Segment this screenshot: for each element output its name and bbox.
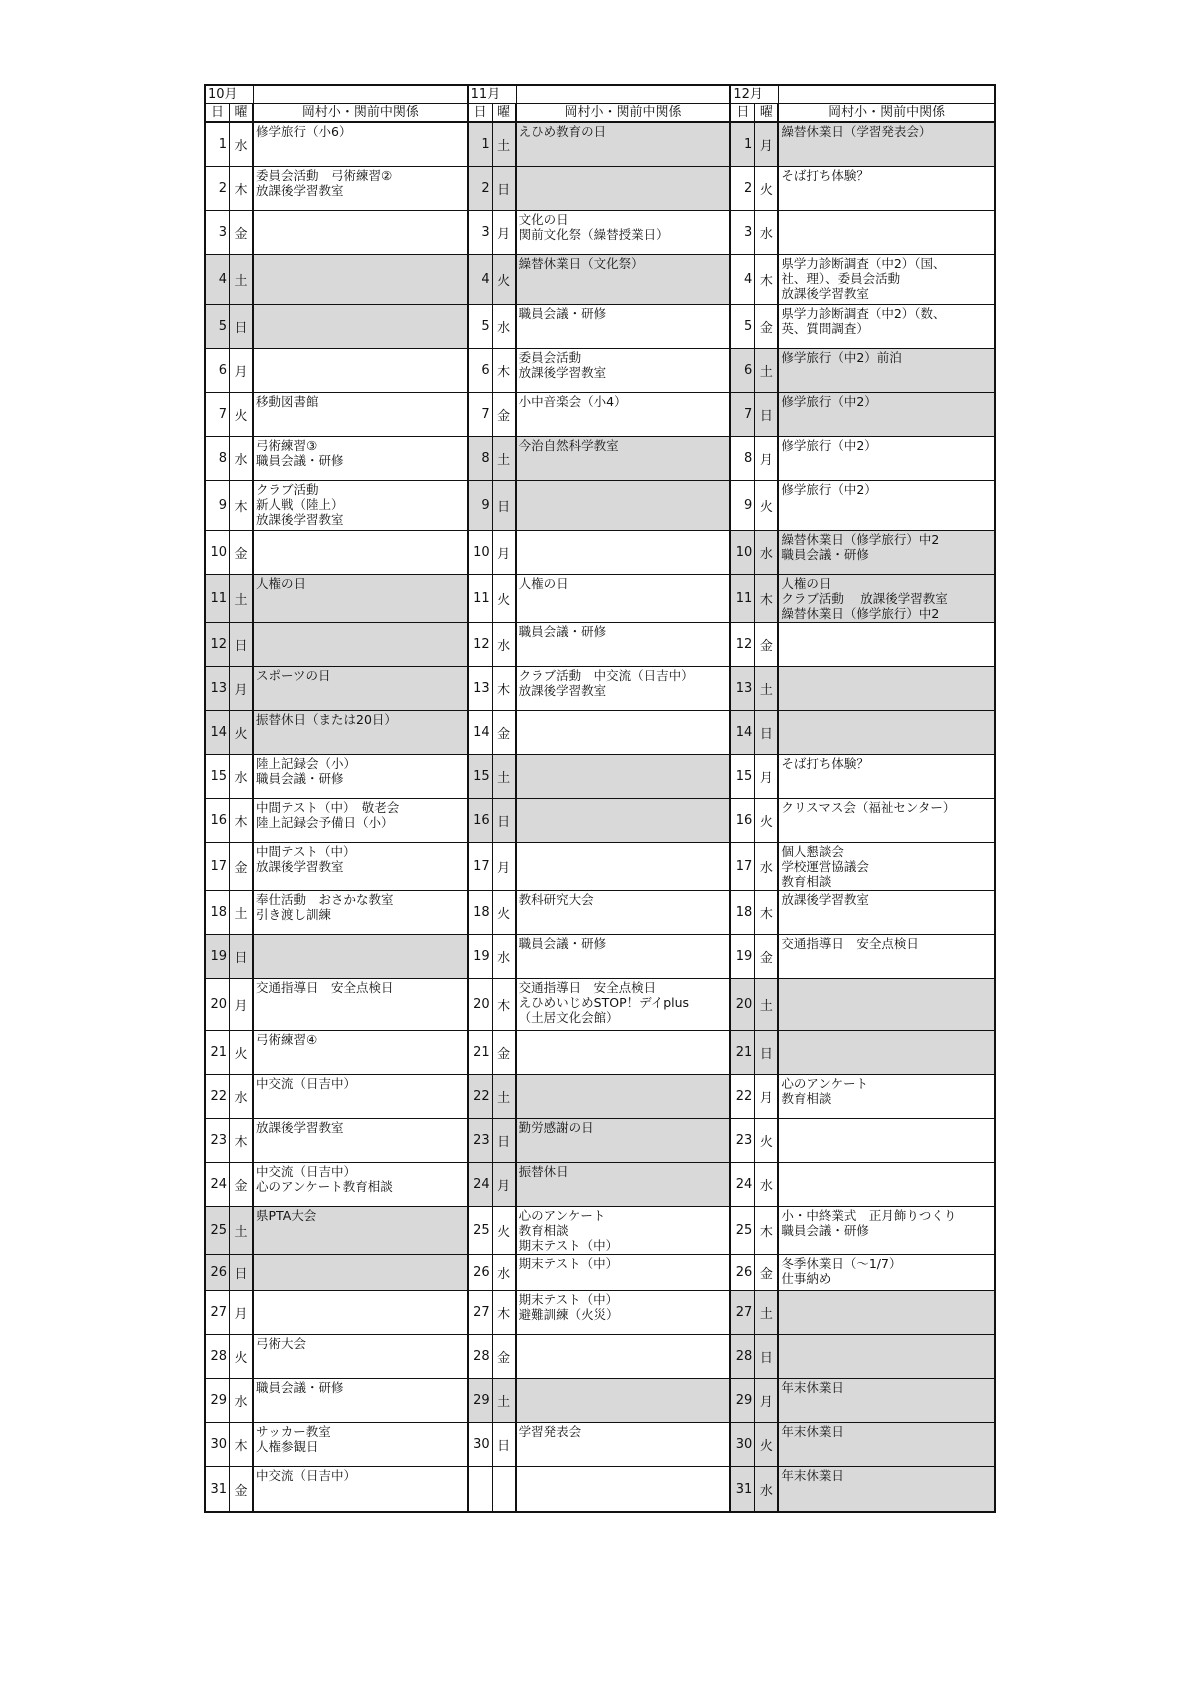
weekday: 土 [493,1379,517,1422]
day-number: 27 [731,1291,755,1334]
event-text: スポーツの日 [254,667,467,710]
event-text: 奉仕活動 おさかな教室 引き渡し訓練 [254,891,467,934]
weekday: 木 [493,667,517,710]
day-number: 2 [469,167,493,210]
event-text: 職員会議・研修 [517,935,730,978]
weekday: 土 [230,891,254,934]
calendar-row: 17金中間テスト（中） 放課後学習教室 [206,843,467,891]
calendar-row: 1土えひめ教育の日 [469,123,730,167]
day-number: 28 [469,1335,493,1378]
month-label: 10月 [206,86,254,103]
event-text: 人権の日 [254,575,467,622]
calendar-row: 21日 [731,1031,994,1075]
calendar-row: 27木期末テスト（中） 避難訓練（火災） [469,1291,730,1335]
weekday: 木 [493,979,517,1030]
day-number: 23 [731,1119,755,1162]
event-text [254,211,467,254]
calendar-row: 20木交通指導日 安全点検日 えひめいじめSTOP！デイplus （土居文化会館… [469,979,730,1031]
calendar-row: 2木委員会活動 弓術練習② 放課後学習教室 [206,167,467,211]
event-text: 振替休日（または20日） [254,711,467,754]
day-number: 11 [206,575,230,622]
weekday: 月 [755,755,779,798]
day-number: 20 [469,979,493,1030]
event-text [517,843,730,890]
weekday: 水 [230,1379,254,1422]
weekday: 木 [755,891,779,934]
day-number: 19 [731,935,755,978]
event-text [779,1291,994,1334]
event-text: 人権の日 クラブ活動 放課後学習教室 繰替休業日（修学旅行）中2 [779,575,994,622]
day-number: 13 [731,667,755,710]
calendar-row: 19金交通指導日 安全点検日 [731,935,994,979]
calendar-row: 18火教科研究大会 [469,891,730,935]
event-text [779,667,994,710]
day-number: 30 [731,1423,755,1466]
day-number: 16 [206,799,230,842]
weekday: 火 [230,1031,254,1074]
day-number: 15 [206,755,230,798]
day-rows: 1土えひめ教育の日2日3月文化の日 関前文化祭（繰替授業日）4火繰替休業日（文化… [469,123,730,1511]
weekday: 水 [755,1467,779,1511]
day-number: 19 [469,935,493,978]
day-number: 16 [469,799,493,842]
weekday: 土 [230,1207,254,1254]
calendar-row: 18木放課後学習教室 [731,891,994,935]
day-number: 18 [469,891,493,934]
column-headers: 日 曜 岡村小・関前中関係 [206,104,467,123]
header-day: 日 [206,104,230,121]
calendar-row: 9木クラブ活動 新人戦（陸上） 放課後学習教室 [206,481,467,531]
event-text: 小・中終業式 正月飾りつくり 職員会議・研修 [779,1207,994,1254]
weekday: 月 [230,349,254,392]
calendar-row: 28火弓術大会 [206,1335,467,1379]
day-number: 21 [469,1031,493,1074]
day-number: 9 [469,481,493,530]
weekday: 金 [230,531,254,574]
event-text: 修学旅行（中2） [779,481,994,530]
day-number: 22 [206,1075,230,1118]
weekday: 水 [755,1163,779,1206]
calendar-row: 14火振替休日（または20日） [206,711,467,755]
event-text: 修学旅行（小6） [254,123,467,166]
event-text [517,167,730,210]
weekday: 金 [755,305,779,348]
event-text [517,1075,730,1118]
day-number: 19 [206,935,230,978]
event-text: 弓術練習③ 職員会議・研修 [254,437,467,480]
event-text [779,1335,994,1378]
header-weekday: 曜 [493,104,517,121]
event-text [517,1335,730,1378]
day-number: 25 [731,1207,755,1254]
calendar-row: 10水繰替休業日（修学旅行）中2 職員会議・研修 [731,531,994,575]
weekday: 金 [230,1163,254,1206]
weekday: 火 [230,393,254,436]
event-text: クラブ活動 新人戦（陸上） 放課後学習教室 [254,481,467,530]
calendar-row: 8水弓術練習③ 職員会議・研修 [206,437,467,481]
weekday: 月 [755,123,779,166]
event-text [254,531,467,574]
event-text: 弓術大会 [254,1335,467,1378]
day-number: 14 [469,711,493,754]
weekday: 水 [493,1255,517,1290]
day-number: 26 [206,1255,230,1290]
event-text [779,979,994,1030]
calendar-row: 27月 [206,1291,467,1335]
event-text [779,1119,994,1162]
weekday: 月 [493,531,517,574]
day-number: 1 [206,123,230,166]
event-text: 心のアンケート 教育相談 期末テスト（中） [517,1207,730,1254]
calendar-row: 9日 [469,481,730,531]
weekday: 月 [493,211,517,254]
weekday: 金 [493,711,517,754]
calendar-row [469,1467,730,1511]
calendar-row: 12金 [731,623,994,667]
calendar-row: 6土修学旅行（中2）前泊 [731,349,994,393]
day-number: 5 [731,305,755,348]
calendar-row: 16木中間テスト（中） 敬老会 陸上記録会予備日（小） [206,799,467,843]
calendar-row: 22土 [469,1075,730,1119]
day-number: 10 [469,531,493,574]
event-text [779,1031,994,1074]
event-text: 年末休業日 [779,1379,994,1422]
event-text: 修学旅行（中2） [779,437,994,480]
calendar-row: 1月繰替休業日（学習発表会） [731,123,994,167]
calendar-row: 13土 [731,667,994,711]
day-number: 12 [469,623,493,666]
day-number: 17 [206,843,230,890]
event-text: 繰替休業日（修学旅行）中2 職員会議・研修 [779,531,994,574]
weekday: 火 [230,711,254,754]
calendar-row: 10月 [469,531,730,575]
calendar-row: 18土奉仕活動 おさかな教室 引き渡し訓練 [206,891,467,935]
day-number: 27 [206,1291,230,1334]
day-number: 29 [469,1379,493,1422]
weekday: 木 [230,799,254,842]
weekday: 月 [755,437,779,480]
event-text: 職員会議・研修 [254,1379,467,1422]
day-number: 21 [731,1031,755,1074]
event-text: 小中音楽会（小4） [517,393,730,436]
calendar-row: 8土今治自然科学教室 [469,437,730,481]
event-text: 交通指導日 安全点検日 [779,935,994,978]
day-rows: 1月繰替休業日（学習発表会）2火そば打ち体験？3水4木県学力診断調査（中2）（国… [731,123,994,1511]
calendar-row: 24月振替休日 [469,1163,730,1207]
calendar-row: 6木委員会活動 放課後学習教室 [469,349,730,393]
calendar-row: 22水中交流（日吉中） [206,1075,467,1119]
event-text: 年末休業日 [779,1423,994,1466]
weekday: 土 [230,575,254,622]
event-text: 交通指導日 安全点検日 [254,979,467,1030]
day-number: 23 [206,1119,230,1162]
event-text: クリスマス会（福祉センター） [779,799,994,842]
calendar-row: 14金 [469,711,730,755]
month-header: 10月 [206,86,467,104]
day-number: 6 [731,349,755,392]
event-text [517,1467,730,1511]
day-number: 7 [206,393,230,436]
month-label: 12月 [731,86,779,103]
calendar-row: 7日修学旅行（中2） [731,393,994,437]
day-number: 20 [731,979,755,1030]
weekday: 日 [755,1335,779,1378]
weekday: 火 [230,1335,254,1378]
header-events: 岡村小・関前中関係 [517,104,730,121]
calendar-row: 20土 [731,979,994,1031]
event-text [517,481,730,530]
calendar-row: 31金中交流（日吉中） [206,1467,467,1511]
calendar-row: 24金中交流（日吉中） 心のアンケート教育相談 [206,1163,467,1207]
day-number: 9 [206,481,230,530]
weekday: 火 [493,891,517,934]
day-number: 22 [731,1075,755,1118]
weekday: 木 [230,481,254,530]
event-text [517,799,730,842]
day-number: 26 [469,1255,493,1290]
weekday: 金 [493,1031,517,1074]
weekday: 日 [493,481,517,530]
calendar-row: 15水陸上記録会（小） 職員会議・研修 [206,755,467,799]
day-number: 8 [206,437,230,480]
weekday: 木 [230,1423,254,1466]
calendar-row: 28金 [469,1335,730,1379]
event-text: 中間テスト（中） 敬老会 陸上記録会予備日（小） [254,799,467,842]
day-number: 27 [469,1291,493,1334]
weekday: 日 [755,393,779,436]
day-number: 31 [206,1467,230,1511]
calendar-row: 6月 [206,349,467,393]
calendar-row: 20月交通指導日 安全点検日 [206,979,467,1031]
month-label: 11月 [469,86,517,103]
column-headers: 日 曜 岡村小・関前中関係 [469,104,730,123]
day-number: 7 [469,393,493,436]
weekday: 金 [493,1335,517,1378]
event-text: 県学力診断調査（中2）（国、 社、理）、委員会活動 放課後学習教室 [779,255,994,304]
weekday: 水 [755,843,779,890]
event-text: 放課後学習教室 [254,1119,467,1162]
day-rows: 1水修学旅行（小6）2木委員会活動 弓術練習② 放課後学習教室3金4土5日6月7… [206,123,467,1511]
calendar-row: 2火そば打ち体験？ [731,167,994,211]
calendar-row: 7火移動図書館 [206,393,467,437]
weekday: 日 [755,711,779,754]
weekday: 日 [493,1119,517,1162]
calendar-row: 7金小中音楽会（小4） [469,393,730,437]
day-number: 9 [731,481,755,530]
day-number: 11 [731,575,755,622]
event-text: 期末テスト（中） [517,1255,730,1290]
event-text: 弓術練習④ [254,1031,467,1074]
calendar-row: 29土 [469,1379,730,1423]
day-number: 18 [731,891,755,934]
calendar-row: 15土 [469,755,730,799]
header-weekday: 曜 [230,104,254,121]
weekday: 月 [755,1379,779,1422]
day-number: 1 [469,123,493,166]
day-number: 24 [731,1163,755,1206]
event-text [254,1291,467,1334]
day-number: 17 [469,843,493,890]
calendar-row: 19日 [206,935,467,979]
weekday: 日 [755,1031,779,1074]
calendar-row: 5金県学力診断調査（中2）（数、 英、質問調査） [731,305,994,349]
calendar-row: 4土 [206,255,467,305]
calendar-row: 13木クラブ活動 中交流（日吉中） 放課後学習教室 [469,667,730,711]
day-number: 3 [469,211,493,254]
day-number: 28 [206,1335,230,1378]
weekday: 水 [230,1075,254,1118]
event-text: 県PTA大会 [254,1207,467,1254]
event-text: 振替休日 [517,1163,730,1206]
day-number: 13 [469,667,493,710]
day-number: 22 [469,1075,493,1118]
calendar-row: 16日 [469,799,730,843]
day-number: 4 [731,255,755,304]
weekday: 金 [230,1467,254,1511]
event-text [779,1163,994,1206]
weekday: 土 [493,1075,517,1118]
day-number: 12 [731,623,755,666]
event-text: そば打ち体験？ [779,755,994,798]
event-text: 人権の日 [517,575,730,622]
event-text: そば打ち体験？ [779,167,994,210]
calendar-row: 1水修学旅行（小6） [206,123,467,167]
day-number: 5 [206,305,230,348]
event-text: 年末休業日 [779,1467,994,1511]
month-header: 12月 [731,86,994,104]
weekday: 日 [230,935,254,978]
weekday: 木 [493,349,517,392]
calendar-row: 3月文化の日 関前文化祭（繰替授業日） [469,211,730,255]
weekday: 土 [755,667,779,710]
day-number: 7 [731,393,755,436]
weekday: 金 [230,843,254,890]
calendar-row: 23火 [731,1119,994,1163]
event-text: 委員会活動 弓術練習② 放課後学習教室 [254,167,467,210]
event-text: 教科研究大会 [517,891,730,934]
calendar-row: 26日 [206,1255,467,1291]
calendar-row: 2日 [469,167,730,211]
header-day: 日 [731,104,755,121]
day-number: 1 [731,123,755,166]
calendar-row: 13月スポーツの日 [206,667,467,711]
weekday: 水 [230,437,254,480]
event-text: 県学力診断調査（中2）（数、 英、質問調査） [779,305,994,348]
event-text: 委員会活動 放課後学習教室 [517,349,730,392]
day-number [469,1467,493,1511]
weekday: 火 [493,255,517,304]
calendar-row: 12日 [206,623,467,667]
day-number: 8 [469,437,493,480]
weekday: 火 [755,799,779,842]
day-number: 11 [469,575,493,622]
day-number: 30 [206,1423,230,1466]
event-text [254,349,467,392]
day-number: 2 [731,167,755,210]
weekday: 火 [755,1119,779,1162]
day-number: 25 [206,1207,230,1254]
event-text: 職員会議・研修 [517,305,730,348]
event-text [517,531,730,574]
weekday: 月 [493,843,517,890]
event-text [254,305,467,348]
calendar-row: 30火年末休業日 [731,1423,994,1467]
day-number: 10 [206,531,230,574]
calendar-row: 25木小・中終業式 正月飾りつくり 職員会議・研修 [731,1207,994,1255]
calendar-row: 21火弓術練習④ [206,1031,467,1075]
weekday: 木 [230,1119,254,1162]
event-text: 文化の日 関前文化祭（繰替授業日） [517,211,730,254]
calendar-row: 28日 [731,1335,994,1379]
weekday: 土 [755,1291,779,1334]
weekday: 月 [230,667,254,710]
calendar-row: 21金 [469,1031,730,1075]
calendar-row: 26水期末テスト（中） [469,1255,730,1291]
day-number: 31 [731,1467,755,1511]
header-events: 岡村小・関前中関係 [254,104,467,121]
weekday: 土 [493,755,517,798]
calendar-row: 9火修学旅行（中2） [731,481,994,531]
event-text: 冬季休業日（～1/7） 仕事納め [779,1255,994,1290]
event-text: 学習発表会 [517,1423,730,1466]
weekday: 水 [755,211,779,254]
day-number: 24 [206,1163,230,1206]
event-text: 繰替休業日（文化祭） [517,255,730,304]
month-december: 12月 日 曜 岡村小・関前中関係 1月繰替休業日（学習発表会）2火そば打ち体験… [731,86,994,1511]
day-number: 15 [731,755,755,798]
day-number: 4 [469,255,493,304]
event-text [517,1379,730,1422]
calendar-row: 17月 [469,843,730,891]
calendar-row: 5水職員会議・研修 [469,305,730,349]
weekday: 水 [493,305,517,348]
calendar-row: 10金 [206,531,467,575]
event-text: 中間テスト（中） 放課後学習教室 [254,843,467,890]
weekday: 火 [755,167,779,210]
calendar-row: 17水個人懇談会 学校運営協議会 教育相談 [731,843,994,891]
event-text [779,711,994,754]
month-header: 11月 [469,86,730,104]
day-number: 13 [206,667,230,710]
event-text: 放課後学習教室 [779,891,994,934]
weekday: 月 [230,979,254,1030]
calendar-row: 19水職員会議・研修 [469,935,730,979]
event-text: 今治自然科学教室 [517,437,730,480]
event-text: えひめ教育の日 [517,123,730,166]
event-text: 陸上記録会（小） 職員会議・研修 [254,755,467,798]
event-text: 交通指導日 安全点検日 えひめいじめSTOP！デイplus （土居文化会館） [517,979,730,1030]
calendar-row: 24水 [731,1163,994,1207]
event-text: 中交流（日吉中） 心のアンケート教育相談 [254,1163,467,1206]
weekday: 水 [493,623,517,666]
event-text: 勤労感謝の日 [517,1119,730,1162]
weekday: 火 [493,575,517,622]
event-text [517,711,730,754]
weekday: 水 [230,123,254,166]
day-number: 14 [731,711,755,754]
weekday: 木 [230,167,254,210]
event-text: 職員会議・研修 [517,623,730,666]
weekday: 土 [230,255,254,304]
day-number: 29 [731,1379,755,1422]
event-text: 修学旅行（中2）前泊 [779,349,994,392]
weekday: 日 [493,1423,517,1466]
calendar-row: 31水年末休業日 [731,1467,994,1511]
weekday: 月 [755,1075,779,1118]
day-number: 30 [469,1423,493,1466]
weekday: 土 [755,349,779,392]
weekday: 金 [230,211,254,254]
